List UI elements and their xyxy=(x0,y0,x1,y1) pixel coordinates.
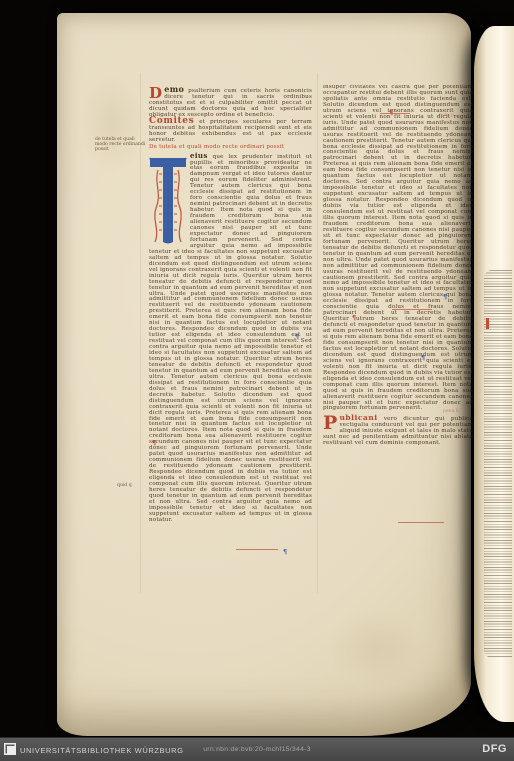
opening-paragraph: Demo psalterium cum ceteris horis canoni… xyxy=(149,87,312,119)
blue-pilcrow: ¶ xyxy=(295,334,299,340)
right-margin-note-top: nota p xyxy=(439,113,469,118)
text-column-right: insuper civitates vel castra que per pot… xyxy=(323,85,473,568)
red-pilcrow: ¶ xyxy=(152,440,156,446)
red-underline xyxy=(236,549,278,550)
red-initial-p: P xyxy=(323,415,337,431)
opening-word: emo xyxy=(164,87,184,94)
right-margin-note-mid: pena h xyxy=(443,409,471,414)
text-column-left: Demo psalterium cum ceteris horis canoni… xyxy=(149,87,312,561)
blue-pilcrow: ¶ xyxy=(443,294,447,300)
red-pilcrow: ¶ xyxy=(352,315,356,321)
red-underline xyxy=(380,113,410,114)
red-underline xyxy=(398,522,444,523)
page-crease xyxy=(317,73,318,593)
manuscript-page: Demo psalterium cum ceteris horis canoni… xyxy=(57,13,471,736)
fore-edge-red-initial xyxy=(486,318,489,329)
library-logo-icon xyxy=(4,743,16,755)
digitized-manuscript-scan: Demo psalterium cum ceteris horis canoni… xyxy=(0,0,514,761)
left-margin-note: de tutela et quali modo recte ordinandi … xyxy=(95,137,149,153)
publicani-paragraph: Publicani vero dicuntur qui publica vect… xyxy=(323,415,473,447)
publicani-display-word: ublicani xyxy=(339,413,377,422)
t-opening-word: eius xyxy=(190,151,208,160)
right-body-paragraph: insuper civitates vel castra que per pot… xyxy=(323,85,473,412)
red-initial-d: D xyxy=(149,87,162,99)
main-paragraph: eius que lex prudenter instituit ut pupi… xyxy=(149,153,312,524)
dfg-logo: DFG xyxy=(482,743,507,755)
institution-label: UNIVERSITÄTSBIBLIOTHEK WÜRZBURG xyxy=(20,746,184,755)
blue-pilcrow: ¶ xyxy=(421,355,425,361)
comites-paragraph: Comites et principes seculares per terra… xyxy=(149,119,312,144)
decorated-initial-t xyxy=(149,154,187,246)
blue-pilcrow: ¶ xyxy=(283,549,287,555)
right-body-text: insuper civitates vel castra que per pot… xyxy=(323,85,473,411)
parchment-stain xyxy=(307,593,447,703)
red-rubric-line: De tutela et quali modo recte ordinari p… xyxy=(149,144,312,151)
red-underline xyxy=(392,309,432,310)
parchment-stain xyxy=(67,53,157,193)
left-margin-note-small: quid q xyxy=(117,483,147,488)
footer-bar: UNIVERSITÄTSBIBLIOTHEK WÜRZBURG urn:nbn:… xyxy=(0,737,514,761)
urn-identifier: urn:nbn:de:bvb:20-mchf15/344-3 xyxy=(203,746,311,753)
book-fore-edge xyxy=(474,26,514,722)
